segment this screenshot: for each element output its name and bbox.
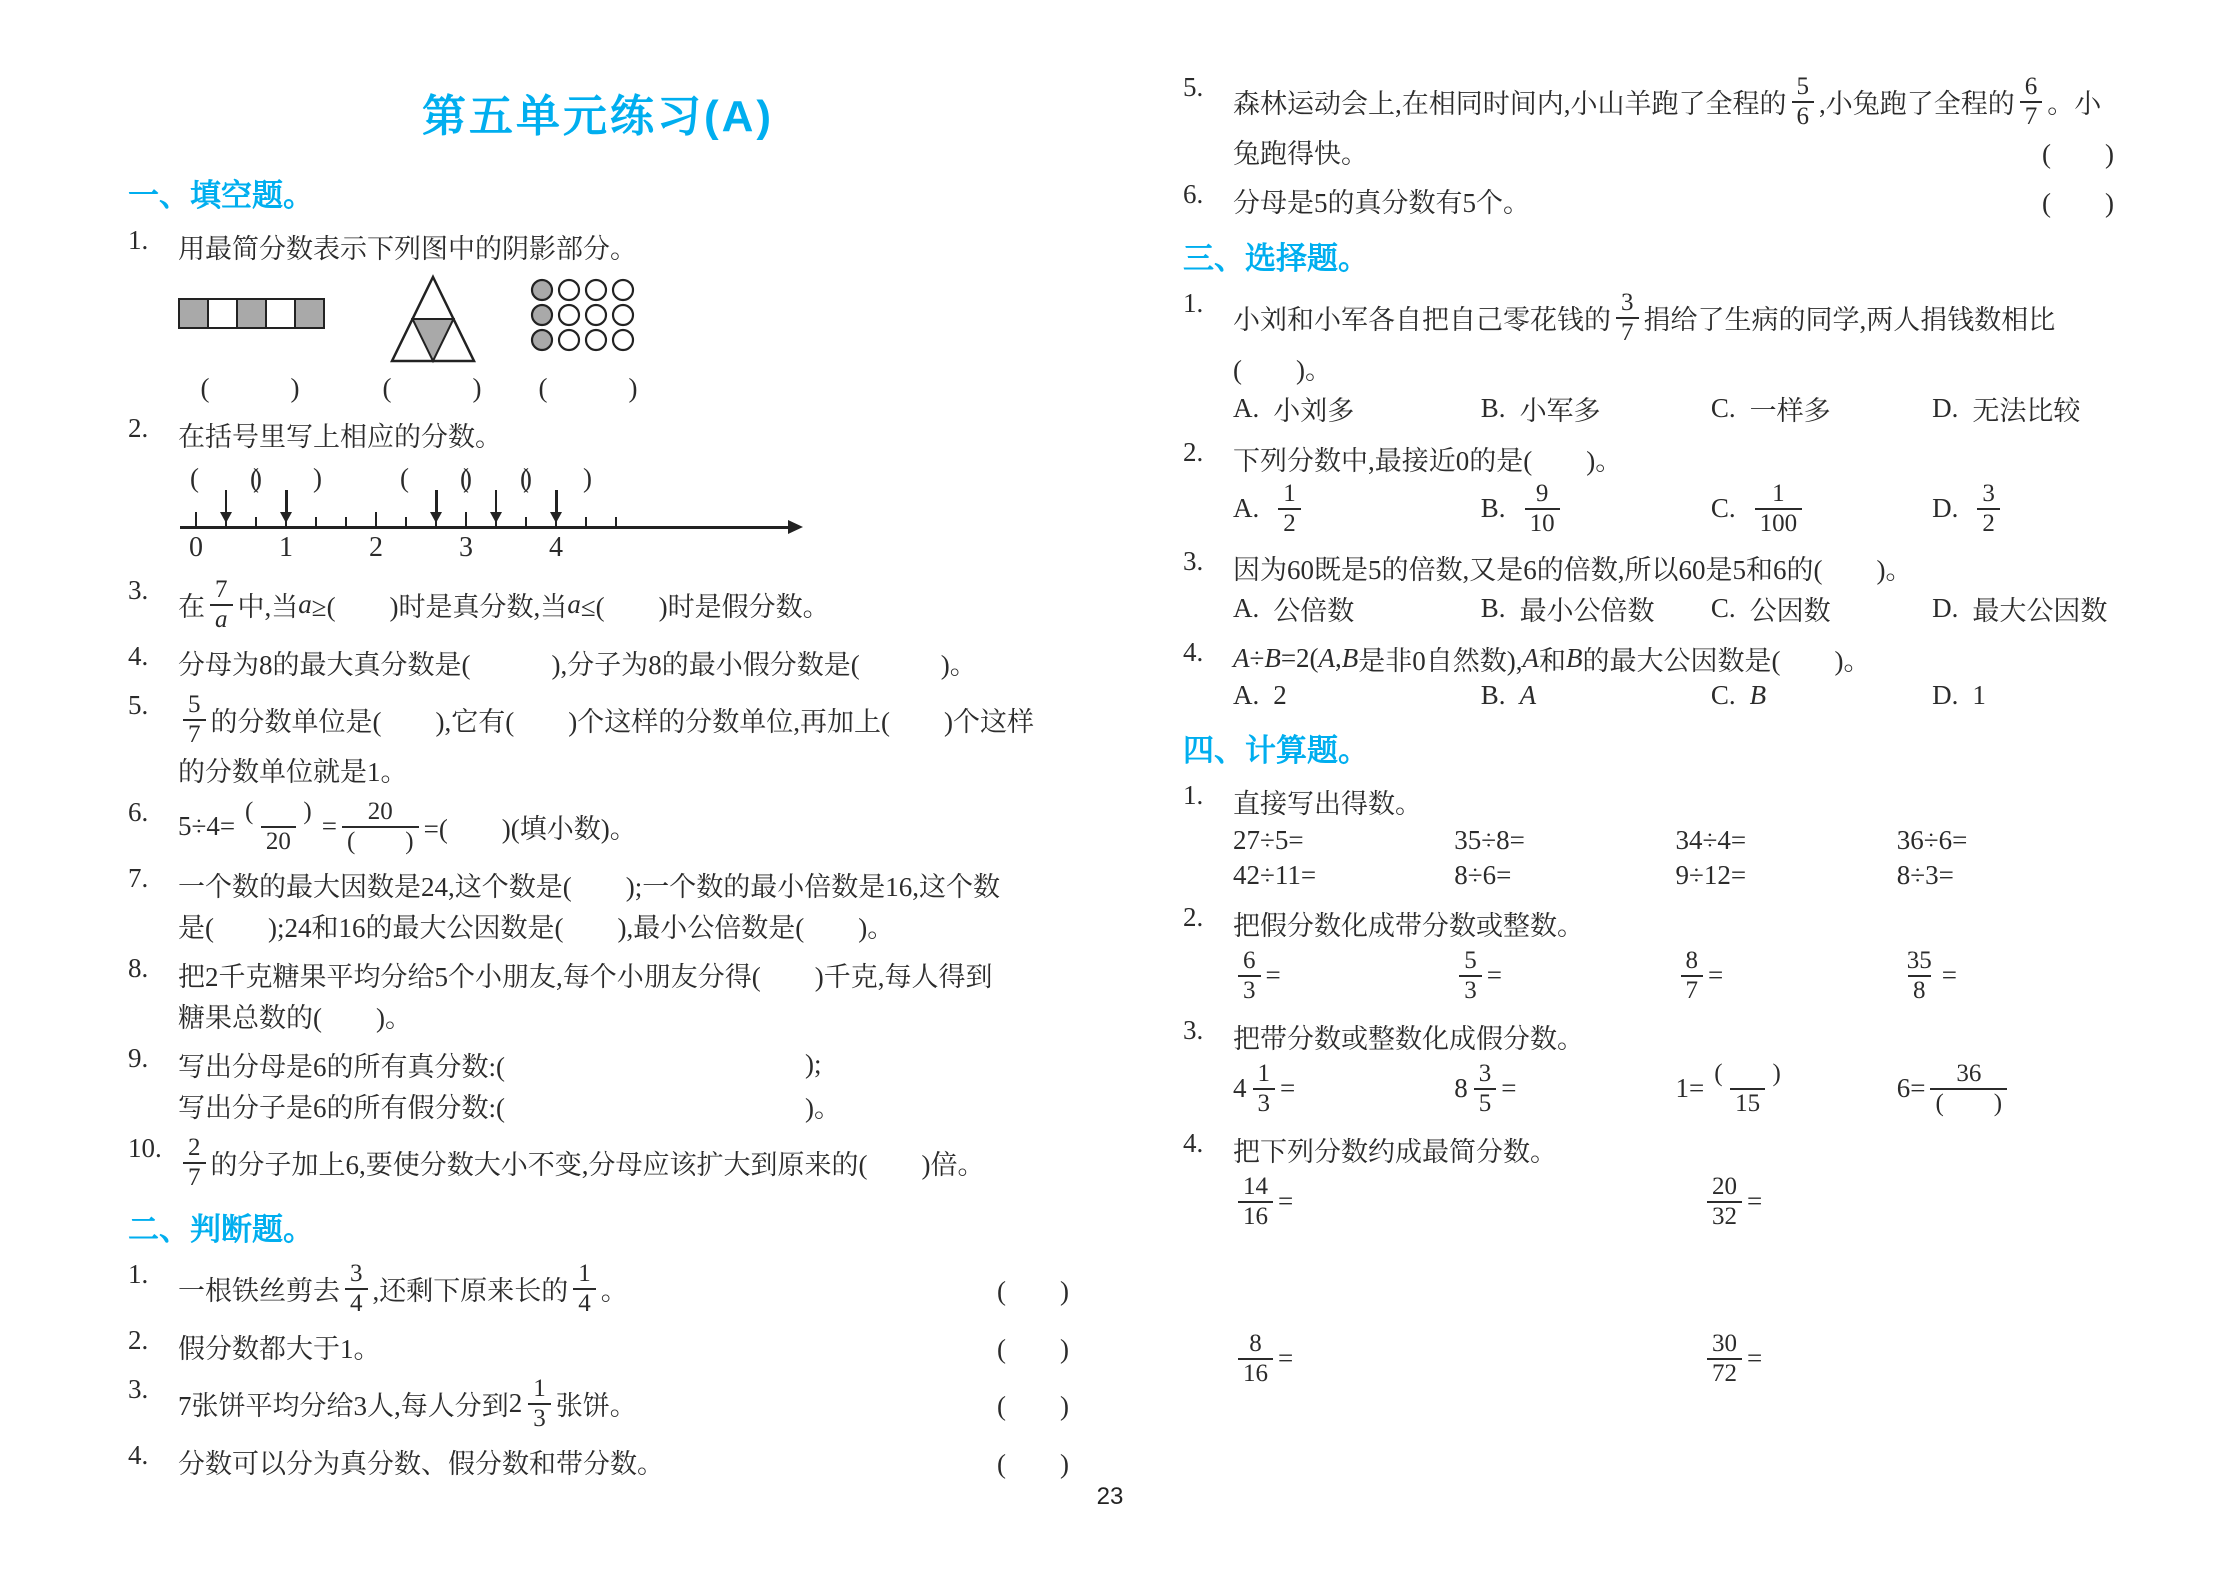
axis-tick [615,517,617,526]
question-line: ( )。 [1233,347,2118,387]
answer-blank: ( ) [997,1269,1073,1308]
question-line: 用最简分数表示下列图中的阴影部分。 [178,226,1073,266]
question-number: 3. [1183,546,1233,630]
fraction-numerator: 35 [1902,947,1937,975]
text-run: ≥( )时是真分数,当 [312,585,568,624]
text-run: = [1266,960,1281,991]
choice-options: A.公倍数B.最小公倍数C.公因数D.最大公因数 [1233,589,2118,628]
question-body: 用最简分数表示下列图中的阴影部分。( )( )( ) [178,225,1073,406]
answer-blank: ( ) [201,366,300,405]
fraction-denominator: 2 [1278,508,1301,538]
axis-tick [315,517,317,526]
fraction: 816 [1238,1330,1273,1387]
choice-option-label: C. [1711,493,1736,524]
equation: 36÷6= [1897,825,2118,856]
fraction-numerator: 1 [1253,1060,1276,1088]
question-number: 6. [128,797,178,856]
bar-cell [236,300,265,327]
text-run: 一根铁丝剪去 [178,1269,340,1308]
question: 3.因为60既是5的倍数,又是6的倍数,所以60是5和6的( )。A.公倍数B.… [1183,546,2118,630]
question: 2.把假分数化成带分数或整数。63=53=87=358= [1183,902,2118,1008]
section-heading: 二、判断题。 [128,1204,1073,1249]
whole-number: 8 [1454,1073,1468,1104]
question-line: 分母是5的真分数有5个。( ) [1233,180,2118,220]
fraction-denominator: 5 [1474,1088,1497,1118]
text-run: ,还剩下原来长的 [373,1269,569,1308]
axis-tick [405,517,407,526]
equation: 1=( )15 [1676,1060,1897,1117]
question: 1.直接写出得数。27÷5=35÷8=34÷4=36÷6=42÷11=8÷6=9… [1183,780,2118,895]
choice-option-label: D. [1932,680,1958,711]
fraction-denominator: 3 [1253,1088,1276,1118]
text-run: 9÷12= [1676,860,1747,891]
text-run: B [1264,643,1281,674]
pointer-arrowhead-icon [490,512,502,523]
equation: 34÷4= [1676,825,1897,856]
fraction-numerator: 7 [210,576,233,604]
text-run: )。 [805,1086,841,1125]
fraction: 35 [1474,1060,1497,1117]
text-run: = [1280,1073,1295,1104]
question-line: 因为60既是5的倍数,又是6的倍数,所以60是5和6的( )。 [1233,547,2118,587]
question-body: 在括号里写上相应的分数。( )( )( )( )( )01234 [178,413,1073,568]
fraction-denominator: 7 [183,719,206,749]
question: 1.用最简分数表示下列图中的阴影部分。( )( )( ) [128,225,1073,406]
question: 4.分母为8的最大真分数是( ),分子为8的最小假分数是( )。 [128,641,1073,683]
worksheet-title: 第五单元练习(A) [128,80,1068,144]
fraction-numerator: 2 [183,1134,206,1162]
question-body: 57的分数单位是( ),它有( )个这样的分数单位,再加上( )个这样的分数单位… [178,690,1073,790]
equation: 87= [1676,947,1897,1004]
choice-option-label: D. [1932,393,1958,424]
question-body: 因为60既是5的倍数,又是6的倍数,所以60是5和6的( )。A.公倍数B.最小… [1233,546,2118,630]
question-line: 直接写出得数。 [1233,781,2118,821]
text-run: =( )(填小数)。 [424,807,637,846]
text-run: 一个数的最大因数是24,这个数是( );一个数的最小倍数是16,这个数 [178,865,1000,904]
text-run: 分数可以分为真分数、假分数和带分数。 [178,1442,664,1481]
text-run: 42÷11= [1233,860,1316,891]
fraction-numerator: 1 [528,1375,551,1403]
question: 7.一个数的最大因数是24,这个数是( );一个数的最小倍数是16,这个数是( … [128,863,1073,946]
text-run: 34÷4= [1676,825,1747,856]
text-run: 糖果总数的( )。 [178,996,412,1035]
equation: 27÷5= [1233,825,1454,856]
question: 6.分母是5的真分数有5个。( ) [1183,179,2118,221]
question-line: 分母为8的最大真分数是( ),分子为8的最小假分数是( )。 [178,642,1073,682]
pointer-arrow-icon [555,490,558,514]
fraction-denominator: 4 [345,1288,368,1318]
pointer-arrowhead-icon [280,512,292,523]
question-number: 2. [128,1325,178,1367]
question-number: 7. [128,863,178,946]
fraction: 20( ) [342,798,419,855]
fraction: 1416 [1238,1173,1273,1230]
question-line: 分数可以分为真分数、假分数和带分数。( ) [178,1441,1073,1481]
fraction-numerator: 9 [1531,480,1554,508]
choice-option: C.1100 [1711,480,1932,537]
question-number: 3. [128,1374,178,1433]
fraction: 34 [345,1260,368,1317]
choice-option: B.最小公倍数 [1481,589,1711,628]
text-run: 36÷6= [1897,825,1968,856]
text-run: 。 [601,1269,628,1308]
equation: 835= [1454,1060,1675,1117]
question-body: A÷B=2(A,B是非0自然数),A和B的最大公因数是( )。A.2B.AC.B… [1233,637,2118,713]
question-body: 假分数都大于1。( ) [178,1325,1073,1367]
text-run: ÷ [1250,643,1265,674]
question-line: 27的分子加上6,要使分数大小不变,分母应该扩大到原来的( )倍。 [178,1134,1073,1191]
text-run: 是非0自然数), [1358,639,1522,678]
fraction-denominator: 6 [1792,101,1815,131]
text-run: 是( );24和16的最大公因数是( ),最小公倍数是( )。 [178,906,894,945]
fraction-numerator: 3 [345,1260,368,1288]
equation-row: 42÷11=8÷6=9÷12=8÷3= [1233,860,2118,891]
pointer-arrow-icon [495,490,498,514]
choice-option-label: A. [1233,393,1259,424]
text-run: 2 [1273,680,1287,711]
question-line: 假分数都大于1。( ) [178,1326,1073,1366]
fraction-numerator: 30 [1707,1330,1742,1358]
equation: 2032= [1702,1173,2118,1230]
text-run: 公倍数 [1273,589,1354,628]
question: 1.小刘和小军各自把自己零花钱的37捐给了生病的同学,两人捐钱数相比( )。A.… [1183,288,2118,430]
fraction-numerator: 5 [183,691,206,719]
question-body: 7张饼平均分给3人,每人分到213张饼。( ) [178,1374,1073,1433]
question: 5.57的分数单位是( ),它有( )个这样的分数单位,再加上( )个这样的分数… [128,690,1073,790]
choice-option-label: D. [1932,593,1958,624]
text-run: A [1520,680,1537,711]
question-line: 在括号里写上相应的分数。 [178,414,1073,454]
equation: 42÷11= [1233,860,1454,891]
question-number: 2. [1183,437,1233,539]
fraction-numerator: 1 [573,1260,596,1288]
question: 3.7张饼平均分给3人,每人分到213张饼。( ) [128,1374,1073,1433]
fraction: 37 [1616,289,1639,346]
equation: 1416= [1233,1173,1702,1230]
text-run: A [1523,643,1540,674]
axis-tick [345,517,347,526]
text-run: 分母为8的最大真分数是( ),分子为8的最小假分数是( )。 [178,643,977,682]
fraction-numerator: 1 [1278,480,1301,508]
text-run: 的分数单位就是1。 [178,750,408,789]
fraction-denominator: 10 [1525,508,1560,538]
choice-option-label: D. [1932,493,1958,524]
fraction-denominator: 15 [1730,1088,1765,1118]
question-body: 把带分数或整数化成假分数。413=835=1=( )156=36( ) [1233,1015,2118,1121]
text-run: 小刘和小军各自把自己零花钱的 [1233,298,1611,337]
equation-row: 27÷5=35÷8=34÷4=36÷6= [1233,825,2118,856]
question-line: 把2千克糖果平均分给5个小朋友,每个小朋友分得( )千克,每人得到 [178,954,1073,994]
right-column: 5.森林运动会上,在相同时间内,小山羊跑了全程的56,小兔跑了全程的67。小兔跑… [1183,72,2118,1398]
fraction: 87 [1681,947,1704,1004]
fraction-numerator: ( ) [1709,1060,1786,1088]
fraction: ( )20 [240,798,317,855]
question: 9.写出分母是6的所有真分数:();写出分子是6的所有假分数:()。 [128,1043,1073,1126]
text-run: = [1487,960,1502,991]
question-number: 1. [1183,780,1233,895]
question-number: 8. [128,953,178,1036]
equation-row: 816=3072= [1233,1330,2118,1387]
question-line: 写出分母是6的所有真分数:(); [178,1044,1073,1084]
text-run: ( )。 [1233,348,1332,387]
axis-tick [195,512,197,526]
fraction: 32 [1977,480,2000,537]
choice-option: A.小刘多 [1233,389,1481,428]
equation: 8÷3= [1897,860,2118,891]
fraction-denominator: 3 [1238,975,1261,1005]
question-line: 7张饼平均分给3人,每人分到213张饼。( ) [178,1375,1073,1432]
worksheet-page: 第五单元练习(A) 一、填空题。1.用最简分数表示下列图中的阴影部分。( )( … [0,0,2220,1571]
text-run: 在 [178,585,205,624]
whole-number: 2 [509,1388,523,1419]
question-line: 在7a中,当a≥( )时是真分数,当a≤( )时是假分数。 [178,576,1073,633]
text-run: 的最大公因数是( )。 [1583,639,1871,678]
axis-label: 4 [549,532,563,564]
axis-tick [585,517,587,526]
fraction-numerator: ( ) [240,798,317,826]
bar-cell [294,300,323,327]
question-line: 糖果总数的( )。 [178,995,1073,1035]
fraction-denominator: 8 [1908,975,1931,1005]
choice-option-label: B. [1481,393,1506,424]
answer-blank: ( ) [2042,132,2118,171]
question-body: 小刘和小军各自把自己零花钱的37捐给了生病的同学,两人捐钱数相比( )。A.小刘… [1233,288,2118,430]
bar-cell [207,300,236,327]
equation: 358= [1897,947,2118,1004]
equation: 9÷12= [1676,860,1897,891]
choice-option: B.A [1481,680,1711,711]
question-body: 写出分母是6的所有真分数:();写出分子是6的所有假分数:()。 [178,1043,1073,1126]
page-number: 23 [0,1483,2220,1511]
fraction-numerator: 6 [1238,947,1261,975]
text-run: 7张饼平均分给3人,每人分到 [178,1384,509,1423]
question-line: 兔跑得快。( ) [1233,131,2118,171]
question-number: 1. [128,1259,178,1318]
text-run: 小军多 [1520,389,1601,428]
text-run: 一样多 [1750,389,1831,428]
fraction-denominator: 3 [528,1403,551,1433]
shaded-figures-row [178,274,1073,362]
text-run: A [1233,643,1250,674]
text-run: = [322,811,337,842]
choice-options: A.2B.AC.BD.1 [1233,680,2118,711]
fraction-denominator: 16 [1238,1201,1273,1231]
answer-blank: ( ) [383,366,482,405]
question-body: 分母是5的真分数有5个。( ) [1233,179,2118,221]
answer-blank: ( ) [997,1384,1073,1423]
choice-option: D.32 [1932,480,2118,537]
choice-option: A.公倍数 [1233,589,1481,628]
text-run: 把假分数化成带分数或整数。 [1233,904,1584,943]
text-run: 。小 [2047,82,2101,121]
question-body: 分母为8的最大真分数是( ),分子为8的最小假分数是( )。 [178,641,1073,683]
number-line-axis [180,526,796,529]
text-run: 8÷3= [1897,860,1954,891]
choice-option-label: B. [1481,593,1506,624]
fraction-denominator: 16 [1238,1358,1273,1388]
choice-option-label: B. [1481,493,1506,524]
text-run: , [1335,643,1342,674]
fraction-numerator: 36 [1951,1060,1986,1088]
equation: 3072= [1702,1330,2118,1387]
fraction-denominator: 7 [183,1162,206,1192]
shaded-bar-figure [178,298,325,329]
fraction: 910 [1525,480,1560,537]
whole-number: 4 [1233,1073,1247,1104]
fraction-denominator: 32 [1707,1201,1742,1231]
choice-option: B.小军多 [1481,389,1711,428]
fraction: 3072 [1707,1330,1742,1387]
text-run: 6= [1897,1073,1926,1104]
text-run: = [1278,1343,1293,1374]
bar-cell [180,300,207,327]
fraction-denominator: 3 [1459,975,1482,1005]
question: 2.下列分数中,最接近0的是( )。A.12B.910C.1100D.32 [1183,437,2118,539]
question-body: 一个数的最大因数是24,这个数是( );一个数的最小倍数是16,这个数是( );… [178,863,1073,946]
choice-option-label: A. [1233,593,1259,624]
text-run: 1= [1676,1073,1705,1104]
fraction-denominator: ( ) [342,826,419,856]
axis-label: 3 [459,532,473,564]
section-heading: 一、填空题。 [128,170,1073,215]
text-run: = [1942,960,1957,991]
text-run: = [1747,1343,1762,1374]
equation: 6=36( ) [1897,1060,2118,1117]
question: 10.27的分子加上6,要使分数大小不变,分母应该扩大到原来的( )倍。 [128,1133,1073,1192]
fraction-denominator: a [210,604,233,634]
fraction-numerator: 8 [1681,947,1704,975]
question-number: 10. [128,1133,178,1192]
text-run: 公因数 [1750,589,1831,628]
text-run: 的分数单位是( ),它有( )个这样的分数单位,再加上( )个这样 [211,700,1034,739]
equation: 35÷8= [1454,825,1675,856]
fraction-numerator: 1 [1767,480,1790,508]
answer-blank: ( ) [539,366,638,405]
choice-option: B.910 [1481,480,1711,537]
equation-row: 1416=2032= [1233,1173,2118,1230]
question: 4.把下列分数约成最简分数。1416=2032=816=3072= [1183,1128,2118,1391]
text-run: 因为60既是5的倍数,又是6的倍数,所以60是5和6的( )。 [1233,548,1912,587]
choice-option-label: B. [1481,680,1506,711]
choice-option: D.最大公因数 [1932,589,2118,628]
text-run: = [1708,960,1723,991]
fraction-numerator: 3 [1616,289,1639,317]
text-run: 把2千克糖果平均分给5个小朋友,每个小朋友分得( )千克,每人得到 [178,955,992,994]
fraction-numerator: 5 [1792,73,1815,101]
fraction-numerator: 5 [1459,947,1482,975]
number-line-figure: ( )( )( )( )( )01234 [178,456,818,568]
question-number: 2. [128,413,178,568]
question-line: 森林运动会上,在相同时间内,小山羊跑了全程的56,小兔跑了全程的67。小 [1233,73,2118,130]
question-line: A÷B=2(A,B是非0自然数),A和B的最大公因数是( )。 [1233,638,2118,678]
question-body: 一根铁丝剪去34,还剩下原来长的14。( ) [178,1259,1073,1318]
text-run: ≤( )时是假分数。 [581,585,830,624]
text-run: 下列分数中,最接近0的是( )。 [1233,439,1622,478]
text-run: B [1566,643,1583,674]
text-run: 小刘多 [1273,389,1354,428]
axis-label: 1 [279,532,293,564]
question-number: 4. [128,641,178,683]
fraction: 7a [210,576,233,633]
question: 2.假分数都大于1。( ) [128,1325,1073,1367]
text-run: 最大公因数 [1972,589,2107,628]
section-heading: 三、选择题。 [1183,233,2118,278]
fraction-denominator: 7 [1616,317,1639,347]
fraction-numerator: 20 [363,798,398,826]
choice-option: C.公因数 [1711,589,1932,628]
fraction: 67 [2020,73,2043,130]
choice-option: D.1 [1932,680,2118,711]
question-body: 直接写出得数。27÷5=35÷8=34÷4=36÷6=42÷11=8÷6=9÷1… [1233,780,2118,895]
axis-arrowhead-icon [788,520,803,534]
bar-cell [265,300,294,327]
fraction-numerator: 3 [1474,1060,1497,1088]
question-number: 3. [1183,1015,1233,1121]
question-number: 2. [1183,902,1233,1008]
text-run: 最小公倍数 [1520,589,1655,628]
question: 2.在括号里写上相应的分数。( )( )( )( )( )01234 [128,413,1073,568]
question-body: 森林运动会上,在相同时间内,小山羊跑了全程的56,小兔跑了全程的67。小兔跑得快… [1233,72,2118,172]
text-run: 写出分母是6的所有真分数:( [178,1045,505,1084]
fraction-denominator: 7 [2020,101,2043,131]
text-run: a [567,589,581,620]
fraction: 358 [1902,947,1937,1004]
text-run: ,小兔跑了全程的 [1819,82,2015,121]
pointer-arrowhead-icon [430,512,442,523]
fraction: ( )15 [1709,1060,1786,1117]
axis-tick [375,512,377,526]
question-number: 4. [1183,637,1233,713]
answer-blank: ( ) [997,1327,1073,1366]
text-run: 在括号里写上相应的分数。 [178,415,502,454]
question-line: 57的分数单位是( ),它有( )个这样的分数单位,再加上( )个这样 [178,691,1073,748]
equation: 816= [1233,1330,1702,1387]
choice-option-label: A. [1233,493,1259,524]
choice-option-label: A. [1233,680,1259,711]
text-run: a [298,589,312,620]
fraction-denominator: 7 [1681,975,1704,1005]
fraction: 1100 [1755,480,1803,537]
fraction: 2032 [1707,1173,1742,1230]
question: 5.森林运动会上,在相同时间内,小山羊跑了全程的56,小兔跑了全程的67。小兔跑… [1183,72,2118,172]
text-run: 用最简分数表示下列图中的阴影部分。 [178,227,637,266]
fraction: 56 [1792,73,1815,130]
axis-tick [525,517,527,526]
pointer-arrowhead-icon [550,512,562,523]
question-line: 把带分数或整数化成假分数。 [1233,1016,2118,1056]
text-run: A [1319,643,1336,674]
fraction-numerator: 8 [1244,1330,1267,1358]
fraction: 14 [573,1260,596,1317]
question: 3.在7a中,当a≥( )时是真分数,当a≤( )时是假分数。 [128,575,1073,634]
left-column: 一、填空题。1.用最简分数表示下列图中的阴影部分。( )( )( )2.在括号里… [128,158,1073,1489]
text-run: =2( [1281,643,1319,674]
fraction: 57 [183,691,206,748]
choice-option-label: C. [1711,593,1736,624]
fraction: 63 [1238,947,1261,1004]
question-number: 5. [128,690,178,790]
fraction-denominator: 100 [1755,508,1803,538]
text-run: 和 [1539,639,1566,678]
fraction-numerator: 6 [2020,73,2043,101]
mixed-number: 413 [1233,1060,1280,1117]
question-number: 1. [1183,288,1233,430]
text-run: 森林运动会上,在相同时间内,小山羊跑了全程的 [1233,82,1787,121]
text-run: ); [805,1049,822,1080]
text-run: 分母是5的真分数有5个。 [1233,181,1530,220]
question: 3.把带分数或整数化成假分数。413=835=1=( )156=36( ) [1183,1015,2118,1121]
fraction-denominator: 72 [1707,1358,1742,1388]
